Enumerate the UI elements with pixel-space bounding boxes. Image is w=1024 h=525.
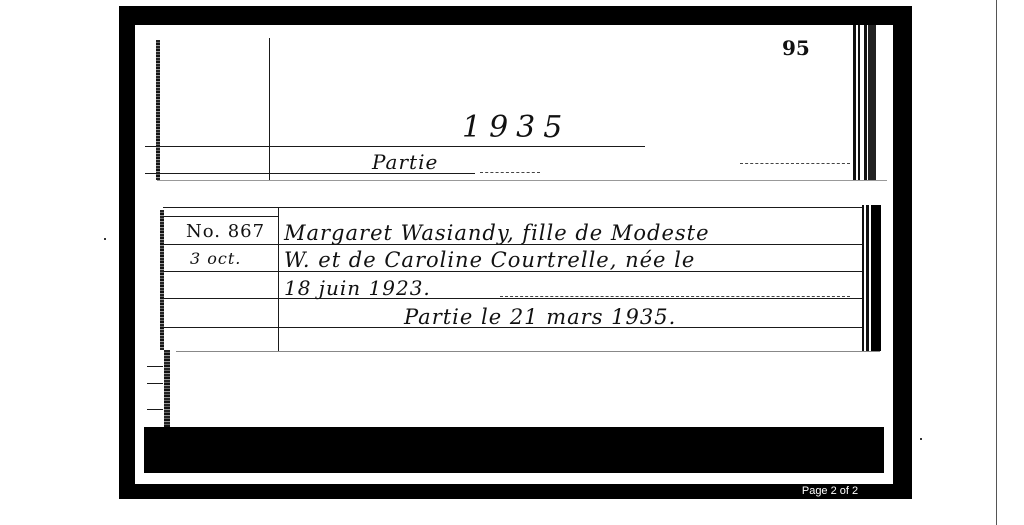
ruled-line [147,409,163,410]
ruled-line [147,366,163,367]
page-indicator: Page 2 of 2 [760,484,900,498]
scan-seam [157,180,887,205]
binding-stripe [866,205,869,351]
binding-stripe [853,25,856,180]
binding-edge [164,350,170,428]
section-header: Partie [372,150,438,174]
entry-number: No. 867 [186,221,265,242]
blank-area [176,351,880,428]
binding-stripe [868,25,876,180]
viewer-divider [996,0,997,525]
binding-stripe [871,205,881,351]
binding-stripe [864,25,867,180]
binding-stripe [862,205,864,351]
scan-shadow [144,427,884,473]
binding-stripe [858,25,860,180]
binding-edge [156,40,160,180]
dotted-line [500,296,850,297]
ruled-line [163,216,278,217]
entry-line-1: Margaret Wasiandy, fille de Modeste [284,221,710,245]
ruled-line [163,207,863,208]
ruled-line [163,298,863,299]
entry-line-4: Partie le 21 mars 1935. [404,305,676,329]
year-heading: 1935 [462,110,570,145]
page-number: 95 [782,36,810,60]
entry-date: 3 oct. [190,249,241,268]
entry-line-3: 18 juin 1923. [284,276,431,300]
column-divider [269,38,270,184]
binding-edge [160,210,164,350]
column-divider [278,207,279,351]
scan-speck [920,438,922,440]
dotted-line [740,163,850,164]
ruled-line [147,383,163,384]
dotted-line [480,172,540,173]
entry-line-2: W. et de Caroline Courtrelle, née le [284,248,695,272]
scan-speck [104,238,106,240]
ruled-line [145,146,645,147]
